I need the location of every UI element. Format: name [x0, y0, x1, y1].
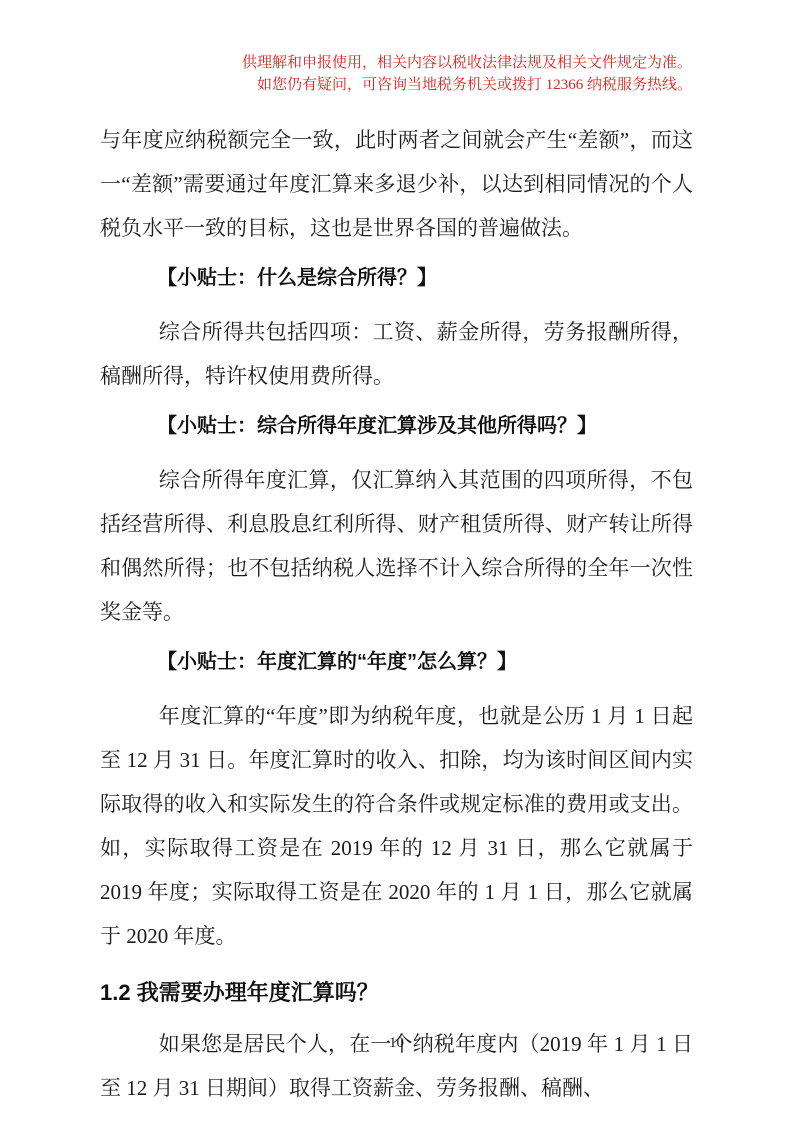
document-body: 与年度应纳税额完全一致，此时两者之间就会产生“差额”，而这一“差额”需要通过年度… [100, 118, 693, 1110]
section-heading-1-2: 1.2 我需要办理年度汇算吗？ [100, 971, 693, 1015]
header-notice-line-1: 供理解和申报使用，相关内容以税收法律法规及相关文件规定为准。 [242, 52, 692, 74]
document-page: 供理解和申报使用，相关内容以税收法律法规及相关文件规定为准。 如您仍有疑问，可咨… [0, 0, 793, 1122]
header-notice-line-2: 如您仍有疑问，可咨询当地税务机关或拨打 12366 纳税服务热线。 [242, 74, 692, 96]
tip-heading-year-definition: 【小贴士：年度汇算的“年度”怎么算？】 [100, 640, 693, 684]
paragraph-continuation: 与年度应纳税额完全一致，此时两者之间就会产生“差额”，而这一“差额”需要通过年度… [100, 118, 693, 250]
paragraph-tip1-body: 综合所得共包括四项：工资、薪金所得，劳务报酬所得，稿酬所得，特许权使用费所得。 [100, 310, 693, 398]
paragraph-tip3-body: 年度汇算的“年度”即为纳税年度，也就是公历 1 月 1 日起至 12 月 31 … [100, 694, 693, 958]
paragraph-tip2-body: 综合所得年度汇算，仅汇算纳入其范围的四项所得，不包括经营所得、利息股息红利所得、… [100, 458, 693, 634]
header-notice: 供理解和申报使用，相关内容以税收法律法规及相关文件规定为准。 如您仍有疑问，可咨… [242, 52, 692, 96]
tip-heading-other-income: 【小贴士：综合所得年度汇算涉及其他所得吗？】 [100, 404, 693, 448]
tip-heading-comprehensive-income: 【小贴士：什么是综合所得？】 [100, 256, 693, 300]
page-number: 10 [0, 1035, 793, 1052]
